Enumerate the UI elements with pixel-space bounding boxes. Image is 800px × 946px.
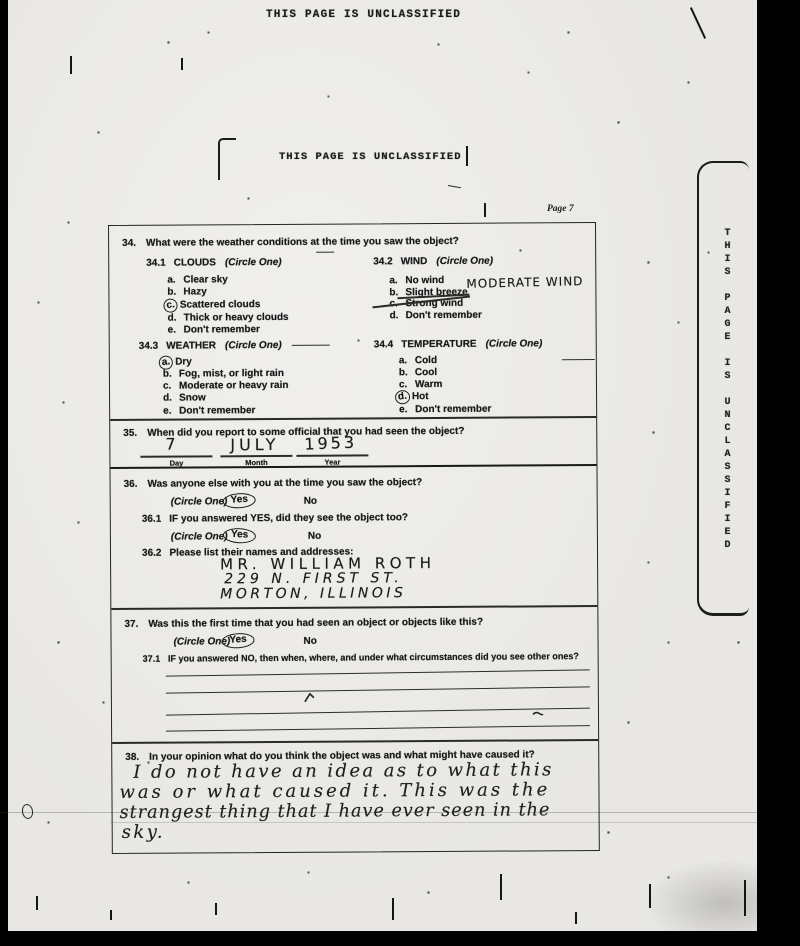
pen-dash [292, 345, 330, 347]
weather-option-d: d.Snow [163, 392, 206, 403]
option-letter: a. [389, 275, 403, 286]
handwritten-wind-annotation: MODERATE WIND [466, 274, 583, 291]
answer-line [166, 708, 590, 716]
option-label: Dry [175, 356, 192, 367]
option-label: Cold [415, 355, 437, 366]
question-37-1-text: IF you answered NO, then when, where, an… [168, 651, 579, 664]
question-37-1-number: 37.1 [143, 654, 161, 664]
circle-one-instruction: (Circle One) [171, 531, 228, 542]
scan-artifact-tick [70, 56, 72, 74]
scan-artifact-tick [215, 903, 217, 915]
circle-one-instruction: (Circle One) [225, 257, 282, 268]
section-34-3-title: WEATHER [166, 340, 216, 351]
option-label: Hazy [183, 286, 206, 297]
option-letter: e. [168, 325, 182, 336]
answer-line [166, 725, 590, 732]
section-34-3-number: 34.3 [139, 341, 159, 352]
month-field-line [220, 455, 292, 457]
question-36-1: 36.1IF you answered YES, did they see th… [142, 512, 408, 525]
weather-option-e: e.Don't remember [163, 405, 255, 417]
option-letter: a. [399, 355, 413, 366]
option-letter: b. [167, 287, 181, 298]
question-36-1-text: IF you answered YES, did they see the ob… [169, 512, 408, 524]
pen-circle-mark: c. [163, 298, 179, 314]
handwritten-day: 7 [165, 435, 179, 454]
handwritten-witness-city: MORTON, ILLINOIS [220, 585, 406, 602]
answer-line [166, 686, 590, 694]
circle-one-instruction: (Circle One) [225, 340, 282, 351]
circle-one-instruction: (Circle One) [436, 256, 493, 267]
handwritten-month: JULY [230, 435, 279, 454]
pen-dash [316, 252, 334, 254]
option-letter: d. [168, 313, 182, 324]
handwritten-answer-line-4: sky. [122, 822, 165, 843]
q36-1-answer-no: No [308, 531, 321, 542]
question-35-number: 35. [123, 428, 137, 439]
option-label: Clear sky [183, 274, 228, 285]
option-letter: c. [166, 299, 176, 311]
option-label: Hot [412, 391, 429, 402]
scan-artifact-tick [181, 58, 183, 70]
handwritten-year: 1953 [304, 433, 357, 454]
question-34-text: What were the weather conditions at the … [146, 236, 459, 249]
classification-banner-mid: THIS PAGE IS UNCLASSIFIED [279, 151, 462, 163]
classification-banner-side: T H I S P A G E I S U N C L A S S I F I … [719, 227, 736, 552]
pen-dash [562, 359, 595, 361]
question-34-number: 34. [122, 238, 136, 249]
clouds-option-c-circled: c.Scattered clouds [167, 299, 260, 313]
scan-noise [0, 0, 1, 1]
scan-artifact-tick [484, 203, 486, 217]
temperature-option-c: c.Warm [399, 379, 442, 390]
option-letter: e. [399, 404, 413, 415]
scan-artifact-tick [466, 146, 468, 166]
option-label: Don't remember [184, 324, 260, 335]
section-34-4-title: TEMPERATURE [401, 339, 476, 350]
answer-line [166, 669, 590, 677]
pen-circle-mark: Yes [222, 492, 256, 509]
pen-circle-mark: d. [394, 389, 410, 405]
clouds-option-b: b.Hazy [167, 286, 206, 297]
pen-circle-mark: Yes [221, 632, 255, 649]
option-label: Scattered clouds [180, 299, 261, 310]
temperature-option-a: a.Cold [399, 355, 437, 366]
circle-one-instruction: (Circle One) [171, 496, 228, 507]
option-label: Snow [179, 392, 206, 403]
q37-answer-no: No [304, 636, 317, 647]
section-34-4-header: 34.4TEMPERATURE(Circle One) [374, 338, 543, 350]
wind-option-d: d.Don't remember [390, 310, 482, 322]
option-letter: d. [163, 393, 177, 404]
question-34: 34.What were the weather conditions at t… [122, 236, 459, 249]
yes-option: Yes [230, 494, 248, 506]
option-label: Fog, mist, or light rain [179, 368, 284, 380]
section-divider [110, 416, 596, 420]
section-34-2-header: 34.2WIND(Circle One) [373, 256, 493, 268]
classification-banner-top: THIS PAGE IS UNCLASSIFIED [266, 9, 461, 21]
scan-artifact-tick [744, 880, 746, 916]
option-letter: d. [397, 391, 407, 403]
option-label: Don't remember [179, 405, 255, 416]
section-divider [111, 605, 597, 609]
option-label: No wind [405, 275, 444, 286]
handwritten-answer-line-3: strangest thing that I have ever seen in… [120, 799, 551, 823]
yes-option: Yes [229, 634, 247, 646]
weather-option-b: b.Fog, mist, or light rain [163, 368, 284, 380]
questionnaire-form: 34.What were the weather conditions at t… [108, 222, 600, 854]
clouds-option-a: a.Clear sky [167, 274, 228, 285]
year-field-line [296, 454, 368, 456]
option-letter: e. [163, 406, 177, 417]
q36-answer-no: No [304, 496, 317, 507]
question-36: 36.Was anyone else with you at the time … [124, 477, 423, 490]
section-34-1-number: 34.1 [146, 258, 166, 269]
question-37-number: 37. [124, 619, 138, 630]
option-label: Thick or heavy clouds [184, 312, 289, 324]
q36-1-answer-yes-circled: Yes [223, 528, 256, 543]
section-34-2-title: WIND [401, 256, 428, 267]
scan-artifact-bracket [218, 138, 236, 180]
temperature-option-b: b.Cool [399, 367, 437, 378]
option-letter: b. [163, 369, 177, 380]
weather-option-c: c.Moderate or heavy rain [163, 380, 289, 392]
option-letter: c. [163, 381, 177, 392]
option-label: Warm [415, 379, 442, 390]
temperature-option-d-circled: d.Hot [399, 391, 429, 404]
option-letter: b. [399, 367, 413, 378]
day-field-line [140, 455, 212, 457]
option-letter: a. [161, 356, 171, 368]
section-34-4-number: 34.4 [374, 339, 394, 350]
section-divider [112, 739, 598, 743]
yes-option: Yes [231, 529, 249, 541]
question-36-2-number: 36.2 [142, 548, 162, 559]
pen-mark-tilde [532, 710, 544, 717]
scan-shadow-patch [648, 862, 757, 931]
question-36-1-number: 36.1 [142, 514, 162, 525]
circle-one-instruction: (Circle One) [486, 338, 543, 349]
option-letter: d. [390, 310, 404, 321]
option-letter: a. [167, 275, 181, 286]
scan-artifact-tick [392, 898, 394, 920]
clouds-option-e: e.Don't remember [168, 324, 260, 336]
question-37-1: 37.1IF you answered NO, then when, where… [143, 651, 579, 664]
section-34-1-header: 34.1CLOUDS(Circle One) [146, 257, 281, 269]
scan-artifact-tick [575, 912, 577, 924]
wind-option-a: a.No wind [389, 275, 444, 286]
pen-circle-mark: Yes [223, 527, 257, 544]
page-number: Page 7 [547, 204, 574, 214]
section-34-2-number: 34.2 [373, 256, 393, 267]
scan-artifact-tick [36, 896, 38, 910]
scan-artifact-tick [649, 884, 651, 908]
scan-artifact-tick [110, 910, 112, 920]
q36-answer-yes-circled: Yes [223, 493, 256, 508]
option-label: Moderate or heavy rain [179, 380, 289, 392]
option-label: Don't remember [406, 310, 482, 321]
question-36-number: 36. [124, 479, 138, 490]
q37-answer-yes-circled: Yes [221, 633, 254, 648]
option-label: Cool [415, 367, 437, 378]
clouds-option-d: d.Thick or heavy clouds [168, 312, 289, 324]
question-36-text: Was anyone else with you at the time you… [147, 477, 422, 490]
option-letter: c. [399, 379, 413, 390]
question-37-text: Was this the first time that you had see… [148, 617, 483, 630]
section-34-1-title: CLOUDS [174, 257, 216, 268]
pen-mark-caret [304, 693, 316, 703]
question-37: 37.Was this the first time that you had … [124, 617, 483, 630]
temperature-option-e: e.Don't remember [399, 404, 491, 416]
option-label: Don't remember [415, 404, 491, 415]
scan-artifact-tick [500, 874, 502, 900]
section-34-3-header: 34.3WEATHER(Circle One) [139, 340, 282, 352]
